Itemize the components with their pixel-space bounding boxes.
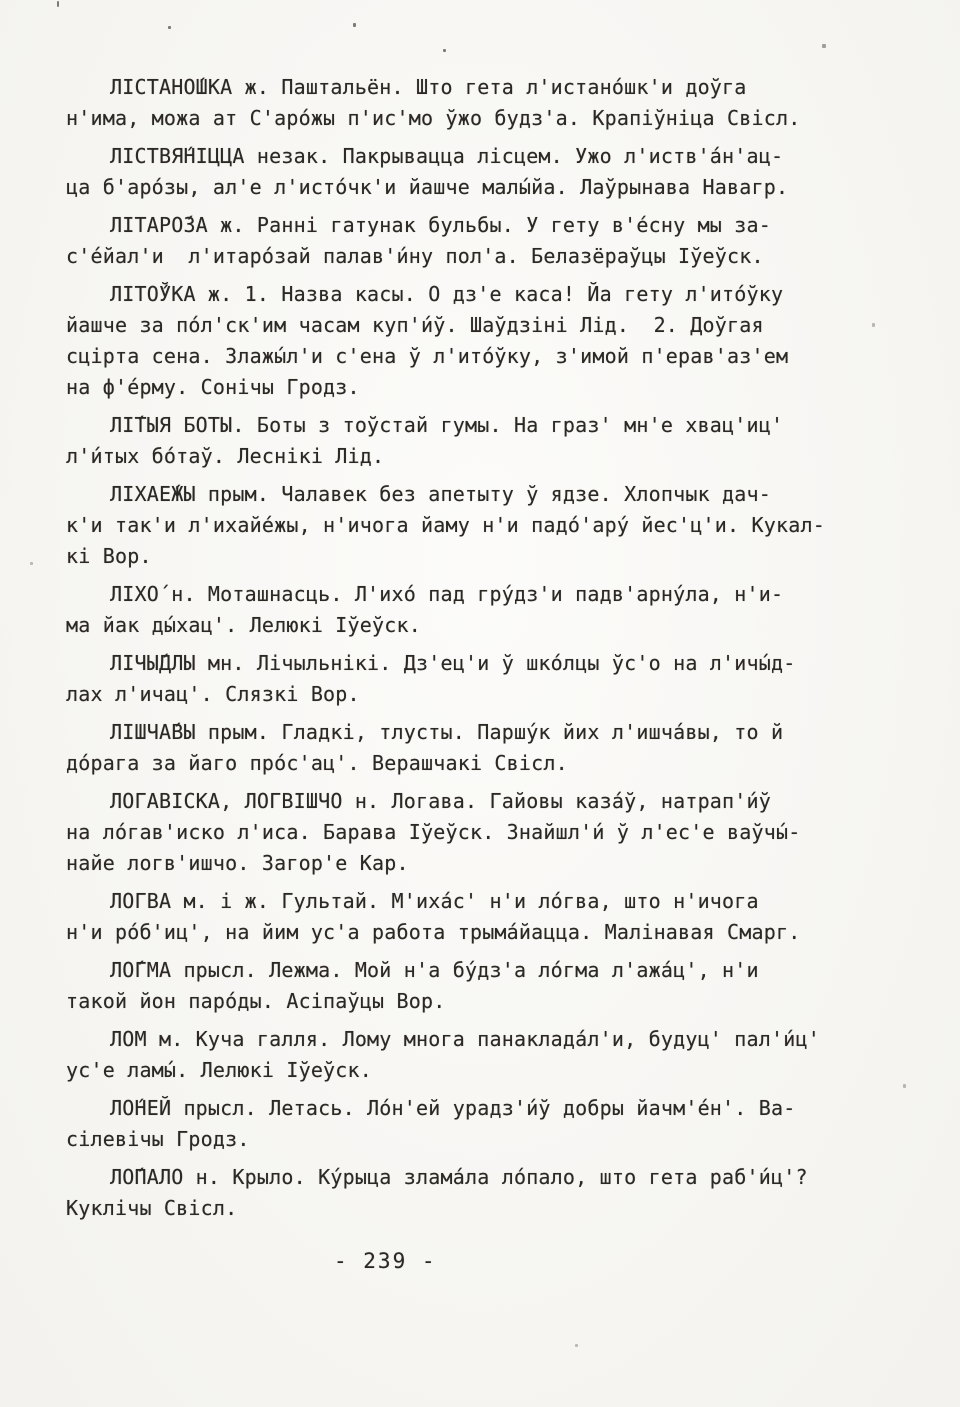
scanned-document-body: { "document": { "paper_color": "#f8f7f3"… [0, 0, 960, 1407]
dictionary-entry: ЛІТО́ЎКА ж. 1. Назва касы. О дз'е каса! … [66, 279, 916, 403]
scanned-dictionary-page: ЛІСТАНО́ШКА ж. Паштальён. Што гета л'ист… [0, 0, 960, 1407]
dictionary-entry: ЛОГВА м. і ж. Гультай. М'иха́с' н'и ло́г… [66, 886, 916, 948]
scan-speck [30, 562, 33, 565]
scan-speck [872, 323, 875, 327]
dictionary-entry: ЛО́НЕЙ прысл. Летась. Ло́н'ей урадз'и́ў … [66, 1093, 916, 1155]
dictionary-entry: ЛО́ГМА прысл. Лежма. Мой н'а бу́дз'а ло́… [66, 955, 916, 1017]
dictionary-entry: ЛІСТВЯ́НІЦЦА незак. Пакрывацца лісцем. У… [66, 141, 916, 203]
dictionary-entry: ЛІШЧА́ВЫ прым. Гладкі, тлусты. Паршу́к й… [66, 717, 916, 779]
scan-speck [353, 23, 356, 27]
scan-speck [903, 1084, 906, 1088]
scan-speck [57, 1, 59, 7]
dictionary-entry: ЛІ́ТЫЯ БОТЫ. Боты з тоўстай гумы. На гра… [66, 410, 916, 472]
dictionary-entry: ЛІСТАНО́ШКА ж. Паштальён. Што гета л'ист… [66, 72, 916, 134]
scan-speck [168, 26, 171, 29]
dictionary-entry: ЛІТАРО́ЗА ж. Ранні гатунак бульбы. У гет… [66, 210, 916, 272]
scan-speck [443, 49, 446, 52]
page-number: - 239 - [66, 1246, 916, 1277]
dictionary-entry: ЛІХАЕ́ЖЫ прым. Чалавек без апетыту ў ядз… [66, 479, 916, 572]
dictionary-entry: ЛОМ м. Куча галля. Лому многа панаклада́… [66, 1024, 916, 1086]
dictionary-entry: ЛІХО́ н. Моташнасць. Л'ихо́ пад гру́дз'и… [66, 579, 916, 641]
scan-speck [822, 44, 826, 48]
dictionary-entry: ЛО́ПАЛО н. Крыло. Ку́рыца злама́ла ло́па… [66, 1162, 916, 1224]
dictionary-entry: ЛОГАВІСКА, ЛОГВІШЧО н. Логава. Гайовы ка… [66, 786, 916, 879]
dictionary-entries: ЛІСТАНО́ШКА ж. Паштальён. Што гета л'ист… [66, 72, 916, 1224]
dictionary-entry: ЛІЧЫ́ДЛЫ мн. Лічыльнікі. Дз'ец'и ў шко́л… [66, 648, 916, 710]
scan-speck [575, 1344, 578, 1347]
